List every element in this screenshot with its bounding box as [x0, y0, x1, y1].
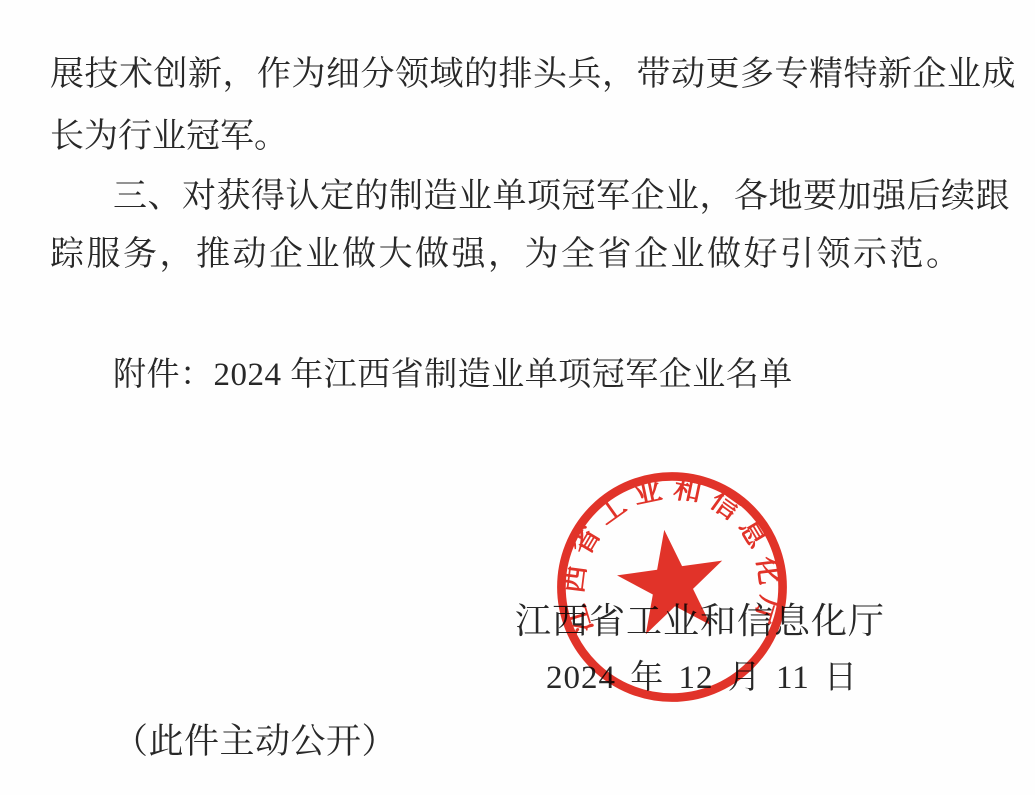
- official-seal: 江西省工业和信息化厅: [547, 462, 797, 712]
- body-paragraph1-line1: 展技术创新，作为细分领域的排头兵，带动更多专精特新企业成: [50, 57, 1016, 93]
- document-page: 展技术创新，作为细分领域的排头兵，带动更多专精特新企业成 长为行业冠军。 三、对…: [0, 0, 1035, 795]
- attachment-line: 附件：2024 年江西省制造业单项冠军企业名单: [113, 358, 793, 393]
- seal-star: [612, 522, 731, 637]
- body-paragraph1-line2: 长为行业冠军。: [50, 119, 288, 155]
- body-paragraph2-line2: 踪服务，推动企业做大做强，为全省企业做好引领示范。: [50, 237, 963, 273]
- disclosure-note: （此件主动公开）: [113, 724, 397, 761]
- body-paragraph2-line1: 三、对获得认定的制造业单项冠军企业，各地要加强后续跟: [113, 179, 1010, 215]
